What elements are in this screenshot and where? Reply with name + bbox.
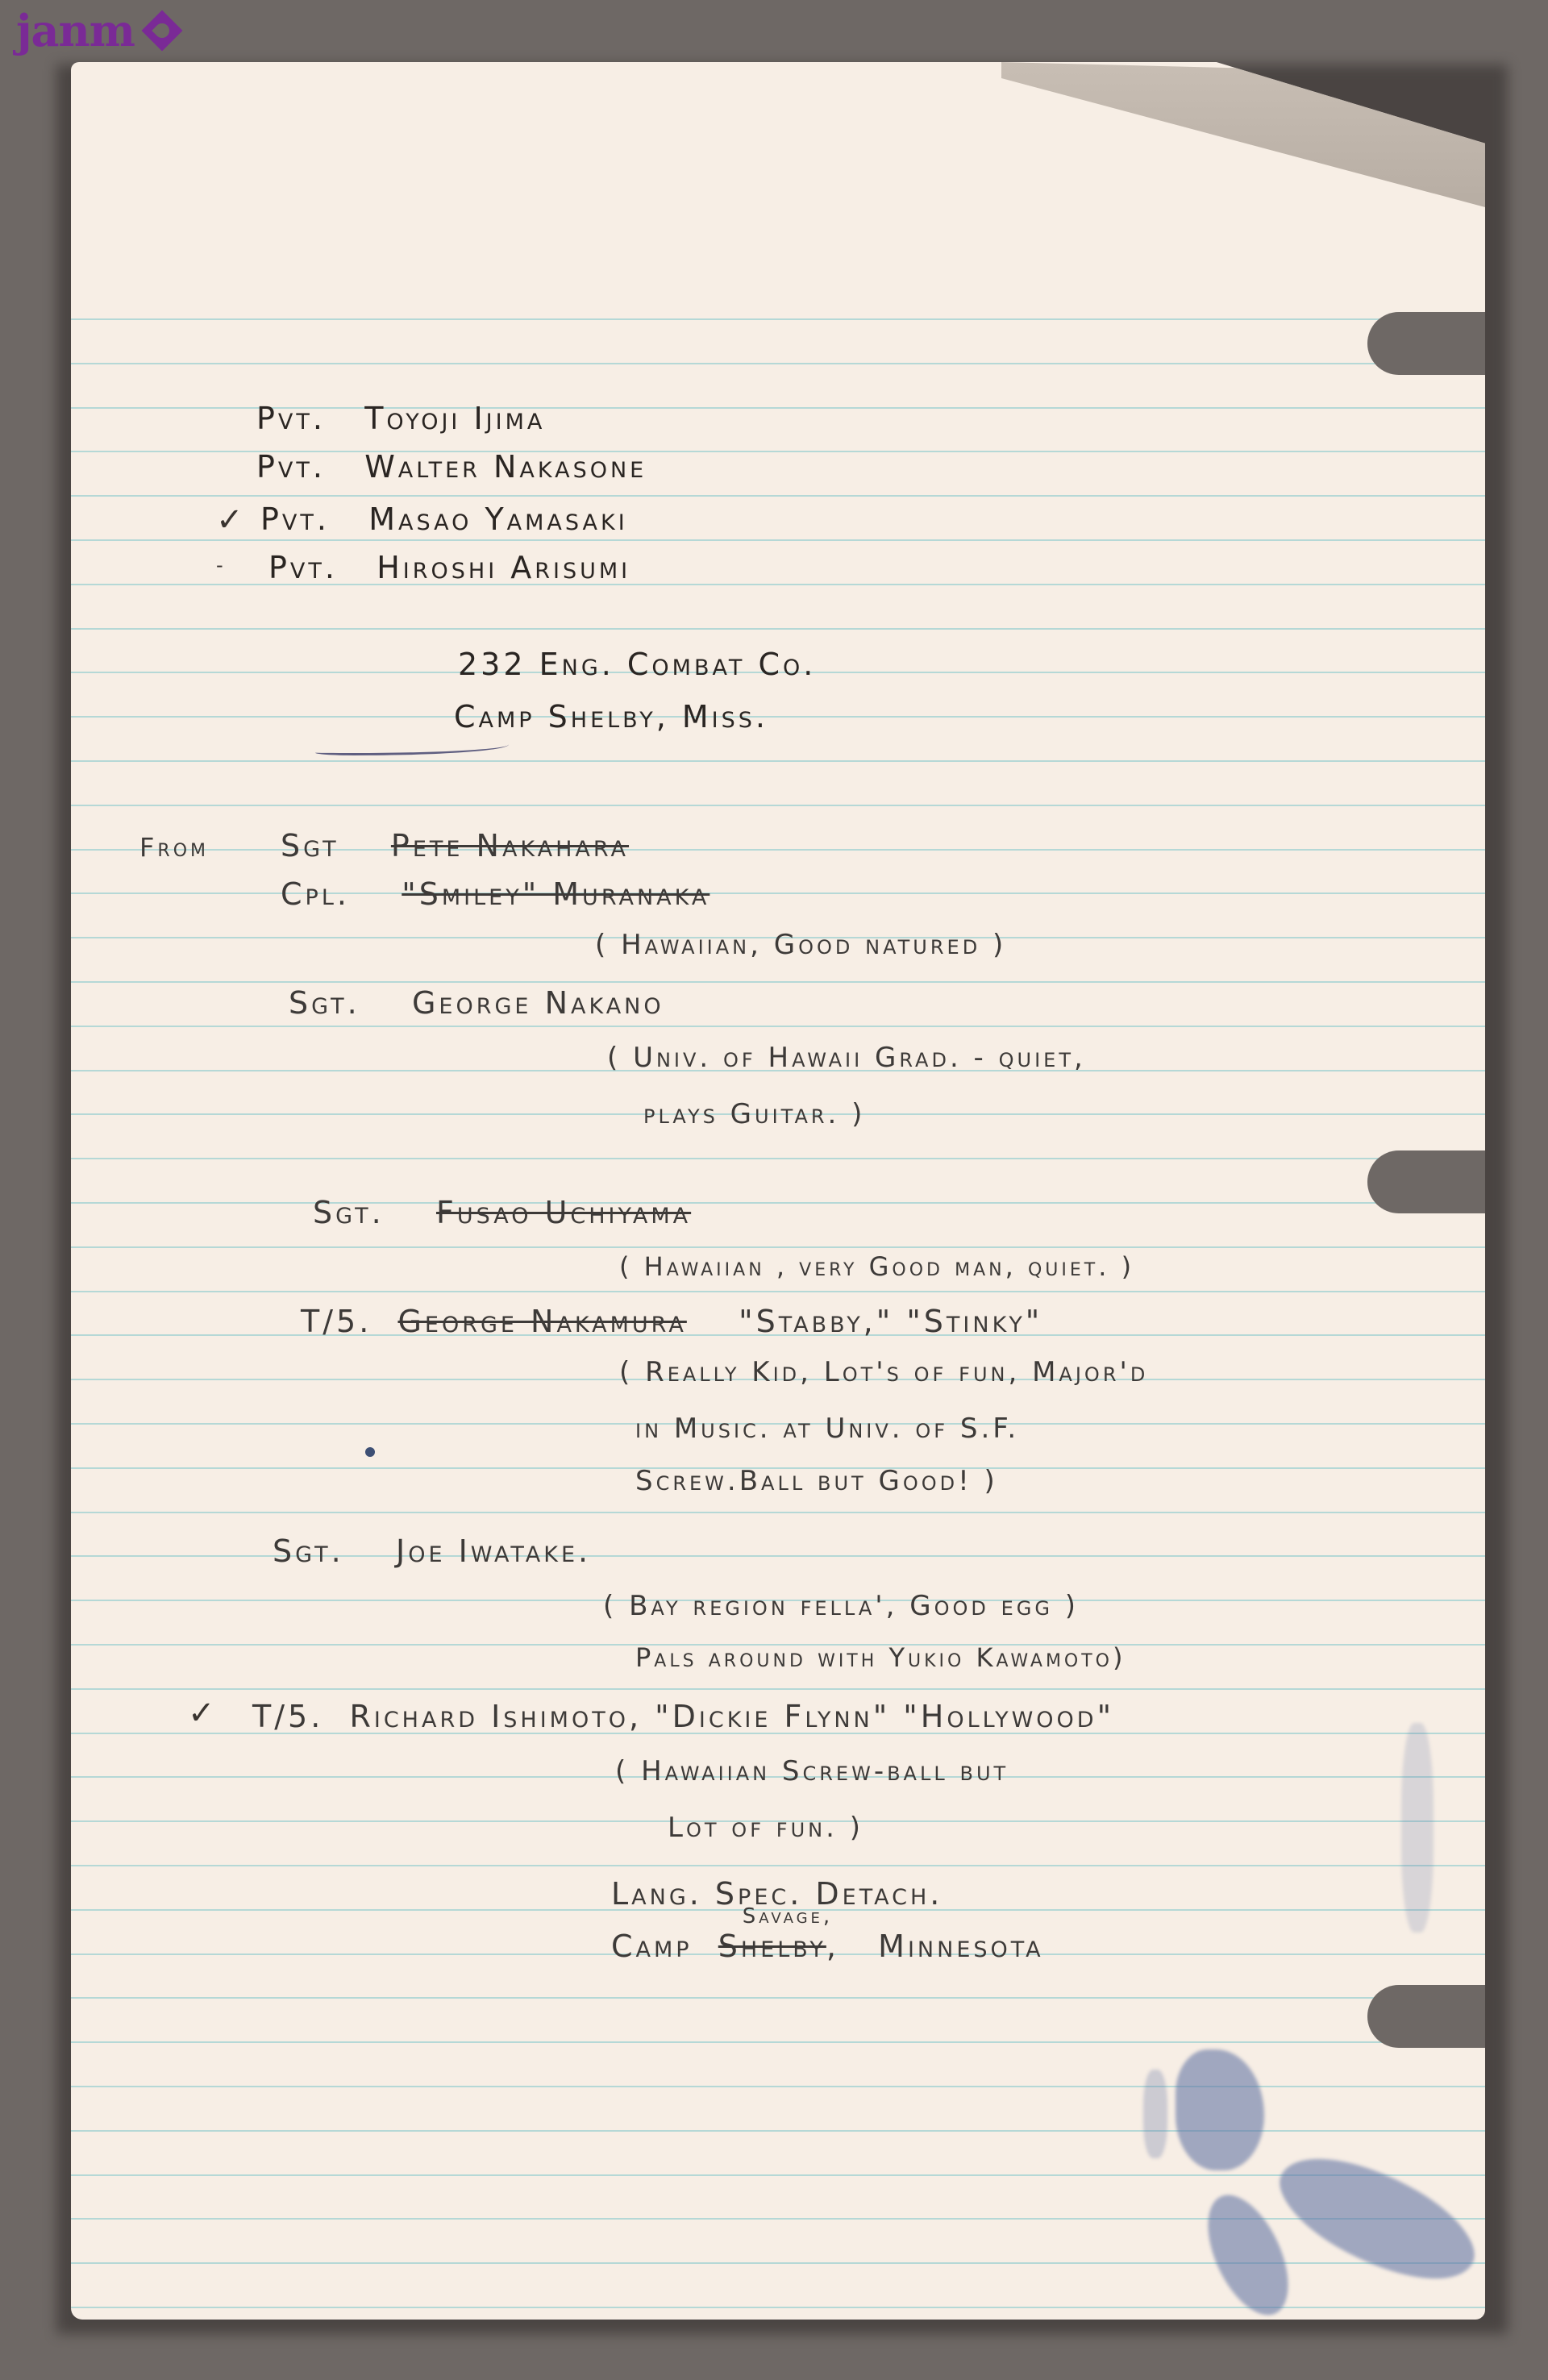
entry-1: Sgt Pete Nakahara [281,828,629,863]
entry-7: T/5. Richard Ishimoto, "Dickie Flynn" "H… [252,1699,1114,1734]
ruled-line [71,1202,1485,1204]
diamond-crest-icon [141,10,182,52]
entry-5: T/5. George Nakamura "Stabby," "Stinky" [301,1304,1042,1339]
ruled-line [71,539,1485,541]
recipient-line-2: Pvt. Walter Nakasone [256,449,647,485]
ruled-line [71,1997,1485,1999]
entry-2: Cpl. "Smiley" Muranaka [281,876,709,912]
binder-notch-middle [1367,1150,1485,1213]
ink-stain [1143,2070,1167,2158]
ruled-line [71,981,1485,983]
entry-6: Sgt. Joe Iwatake. [273,1533,591,1569]
entry-7-note-2: Lot of fun. ) [668,1812,863,1844]
entry-4-note: ( Hawaiian , very Good man, quiet. ) [619,1251,1134,1282]
entry-6-note-1: ( Bay region fella', Good egg ) [603,1590,1079,1622]
ink-blot [365,1447,375,1457]
dash-mark: - [216,554,223,576]
recipient-line-1: Pvt. Toyoji Ijima [256,401,545,436]
ruled-line [71,1512,1485,1513]
ruled-line [71,363,1485,364]
entry-3: Sgt. George Nakano [289,985,664,1021]
ink-splatter [1401,1723,1434,1933]
ruled-line [71,2218,1485,2220]
ruled-paper-sheet: Pvt. Toyoji Ijima Pvt. Walter Nakasone ✓… [71,62,1485,2320]
unit-line: 232 Eng. Combat Co. [458,647,816,682]
entry-6-note-2: Pals around with Yukio Kawamoto) [635,1642,1126,1673]
entry-5-note-1: ( Really Kid, Lot's of fun, Major'd [619,1356,1148,1388]
ink-stain [1176,2049,1264,2170]
ruled-line [71,1865,1485,1866]
checkmark-icon: ✓ [188,1695,215,1732]
entry-5-note-2: in Music. at Univ. of S.F. [635,1413,1019,1445]
pen-swoosh [315,742,509,755]
entry-7-note-1: ( Hawaiian Screw-ball but [615,1755,1009,1787]
entry-3-note-1: ( Univ. of Hawaii Grad. - quiet, [607,1042,1086,1074]
binder-notch-top [1367,312,1485,375]
ruled-line [71,1158,1485,1159]
ruled-line [71,318,1485,320]
entry-5-note-3: Screw.Ball but Good! ) [635,1465,998,1497]
checkmark-icon: ✓ [216,501,243,539]
entry-2-note: ( Hawaiian, Good natured ) [595,929,1006,961]
ruled-line [71,1688,1485,1690]
binder-notch-bottom [1367,1985,1485,2048]
location-line: Camp Shelby, Miss. [454,699,768,734]
ruled-line [71,760,1485,762]
ruled-line [71,628,1485,630]
ruled-line [71,805,1485,806]
ruled-line [71,1246,1485,1248]
ruled-line [71,716,1485,718]
ruled-line [71,2086,1485,2087]
from-label: From [139,832,209,863]
recipient-line-4: Pvt. Hiroshi Arisumi [268,550,630,585]
ruled-line [71,2174,1485,2176]
recipient-line-3: Pvt. Masao Yamasaki [260,501,628,537]
logo-text: janm [16,9,135,52]
ruled-line [71,1026,1485,1027]
ruled-line [71,495,1485,497]
ruled-line [71,1291,1485,1292]
ruled-line [71,2130,1485,2132]
entry-3-note-2: plays Guitar. ) [643,1098,865,1130]
detachment-location: Camp ShelbySavage,, Minnesota [611,1929,1044,1964]
ruled-line [71,2041,1485,2043]
janm-logo: janm [16,6,177,55]
entry-4: Sgt. Fusao Uchiyama [313,1195,691,1230]
